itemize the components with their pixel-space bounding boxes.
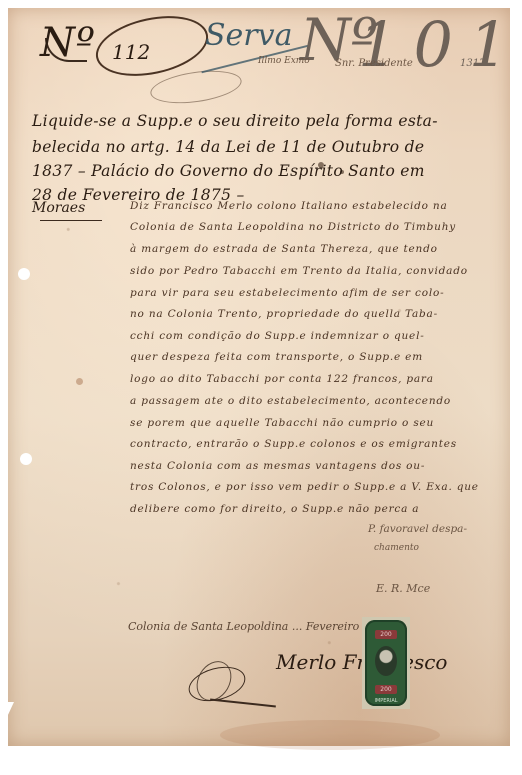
revenue-stamp: 200 200 IMPERIAL — [362, 617, 410, 709]
body-line: para vir para seu estabelecimento afim d… — [130, 287, 444, 299]
body-line: nesta Colonia com as mesmas vantagens do… — [130, 460, 425, 472]
body-line: Diz Francisco Merlo colono Italiano esta… — [130, 200, 448, 212]
body-line: sido por Pedro Tabacchi em Trento da Ita… — [130, 265, 468, 277]
despatch-line-2: belecida no artg. 14 da Lei de 11 de Out… — [32, 138, 424, 156]
address-line: Snr. Presidente — [335, 58, 413, 69]
water-stain — [220, 720, 440, 750]
address-abbrev: Illmo Exmo — [258, 56, 310, 66]
closing-line-1: P. favoravel despa- — [368, 523, 467, 535]
small-pencil-number: 1317 — [460, 58, 485, 69]
closing-line-3: E. R. Mce — [376, 582, 430, 595]
pencil-number: 1019 — [358, 8, 522, 81]
header-number-prefix: Nº — [40, 20, 96, 66]
body-line: no na Colonia Trento, propriedade do que… — [130, 308, 438, 320]
stamp-label: IMPERIAL — [365, 698, 407, 704]
punch-hole — [20, 453, 32, 465]
stamp-top-value: 200 — [375, 630, 397, 639]
ink-blot — [76, 378, 83, 385]
stamp-bottom-value: 200 — [375, 685, 397, 694]
body-line: a passagem ate o dito estabelecimento, a… — [130, 395, 451, 407]
despatch-line-3: 1837 – Palácio do Governo do Espírito Sa… — [32, 162, 425, 180]
body-line: logo ao dito Tabacchi por conta 122 fran… — [130, 373, 434, 385]
body-line: delibere como for direito, o Supp.e não … — [130, 503, 419, 515]
despatch-signature: Moraes — [32, 200, 85, 216]
stamp-frame: 200 200 IMPERIAL — [365, 620, 407, 706]
despatch-line-1: Liquide-se a Supp.e o seu direito pela f… — [32, 112, 438, 130]
punch-hole — [18, 268, 30, 280]
body-line: Colonia de Santa Leopoldina no Districto… — [130, 221, 456, 233]
body-line: quer despeza feita com transporte, o Sup… — [130, 351, 423, 363]
signature-underline — [40, 220, 102, 221]
closing-line-2: chamento — [374, 543, 419, 553]
body-line: se porem que aquelle Tabacchi não cumpri… — [130, 417, 434, 429]
blue-annotation: Serva — [205, 18, 292, 53]
body-line: tros Colonos, e por isso vem pedir o Sup… — [130, 481, 479, 493]
body-line: cchi com condição do Supp.e indemnizar o… — [130, 330, 425, 342]
header-number: 112 — [112, 40, 150, 64]
body-line: contracto, entrarão o Supp.e colonos e o… — [130, 438, 457, 450]
body-line: à margem do estrada de Santa Thereza, qu… — [130, 243, 438, 255]
stamp-portrait-icon — [375, 646, 397, 676]
